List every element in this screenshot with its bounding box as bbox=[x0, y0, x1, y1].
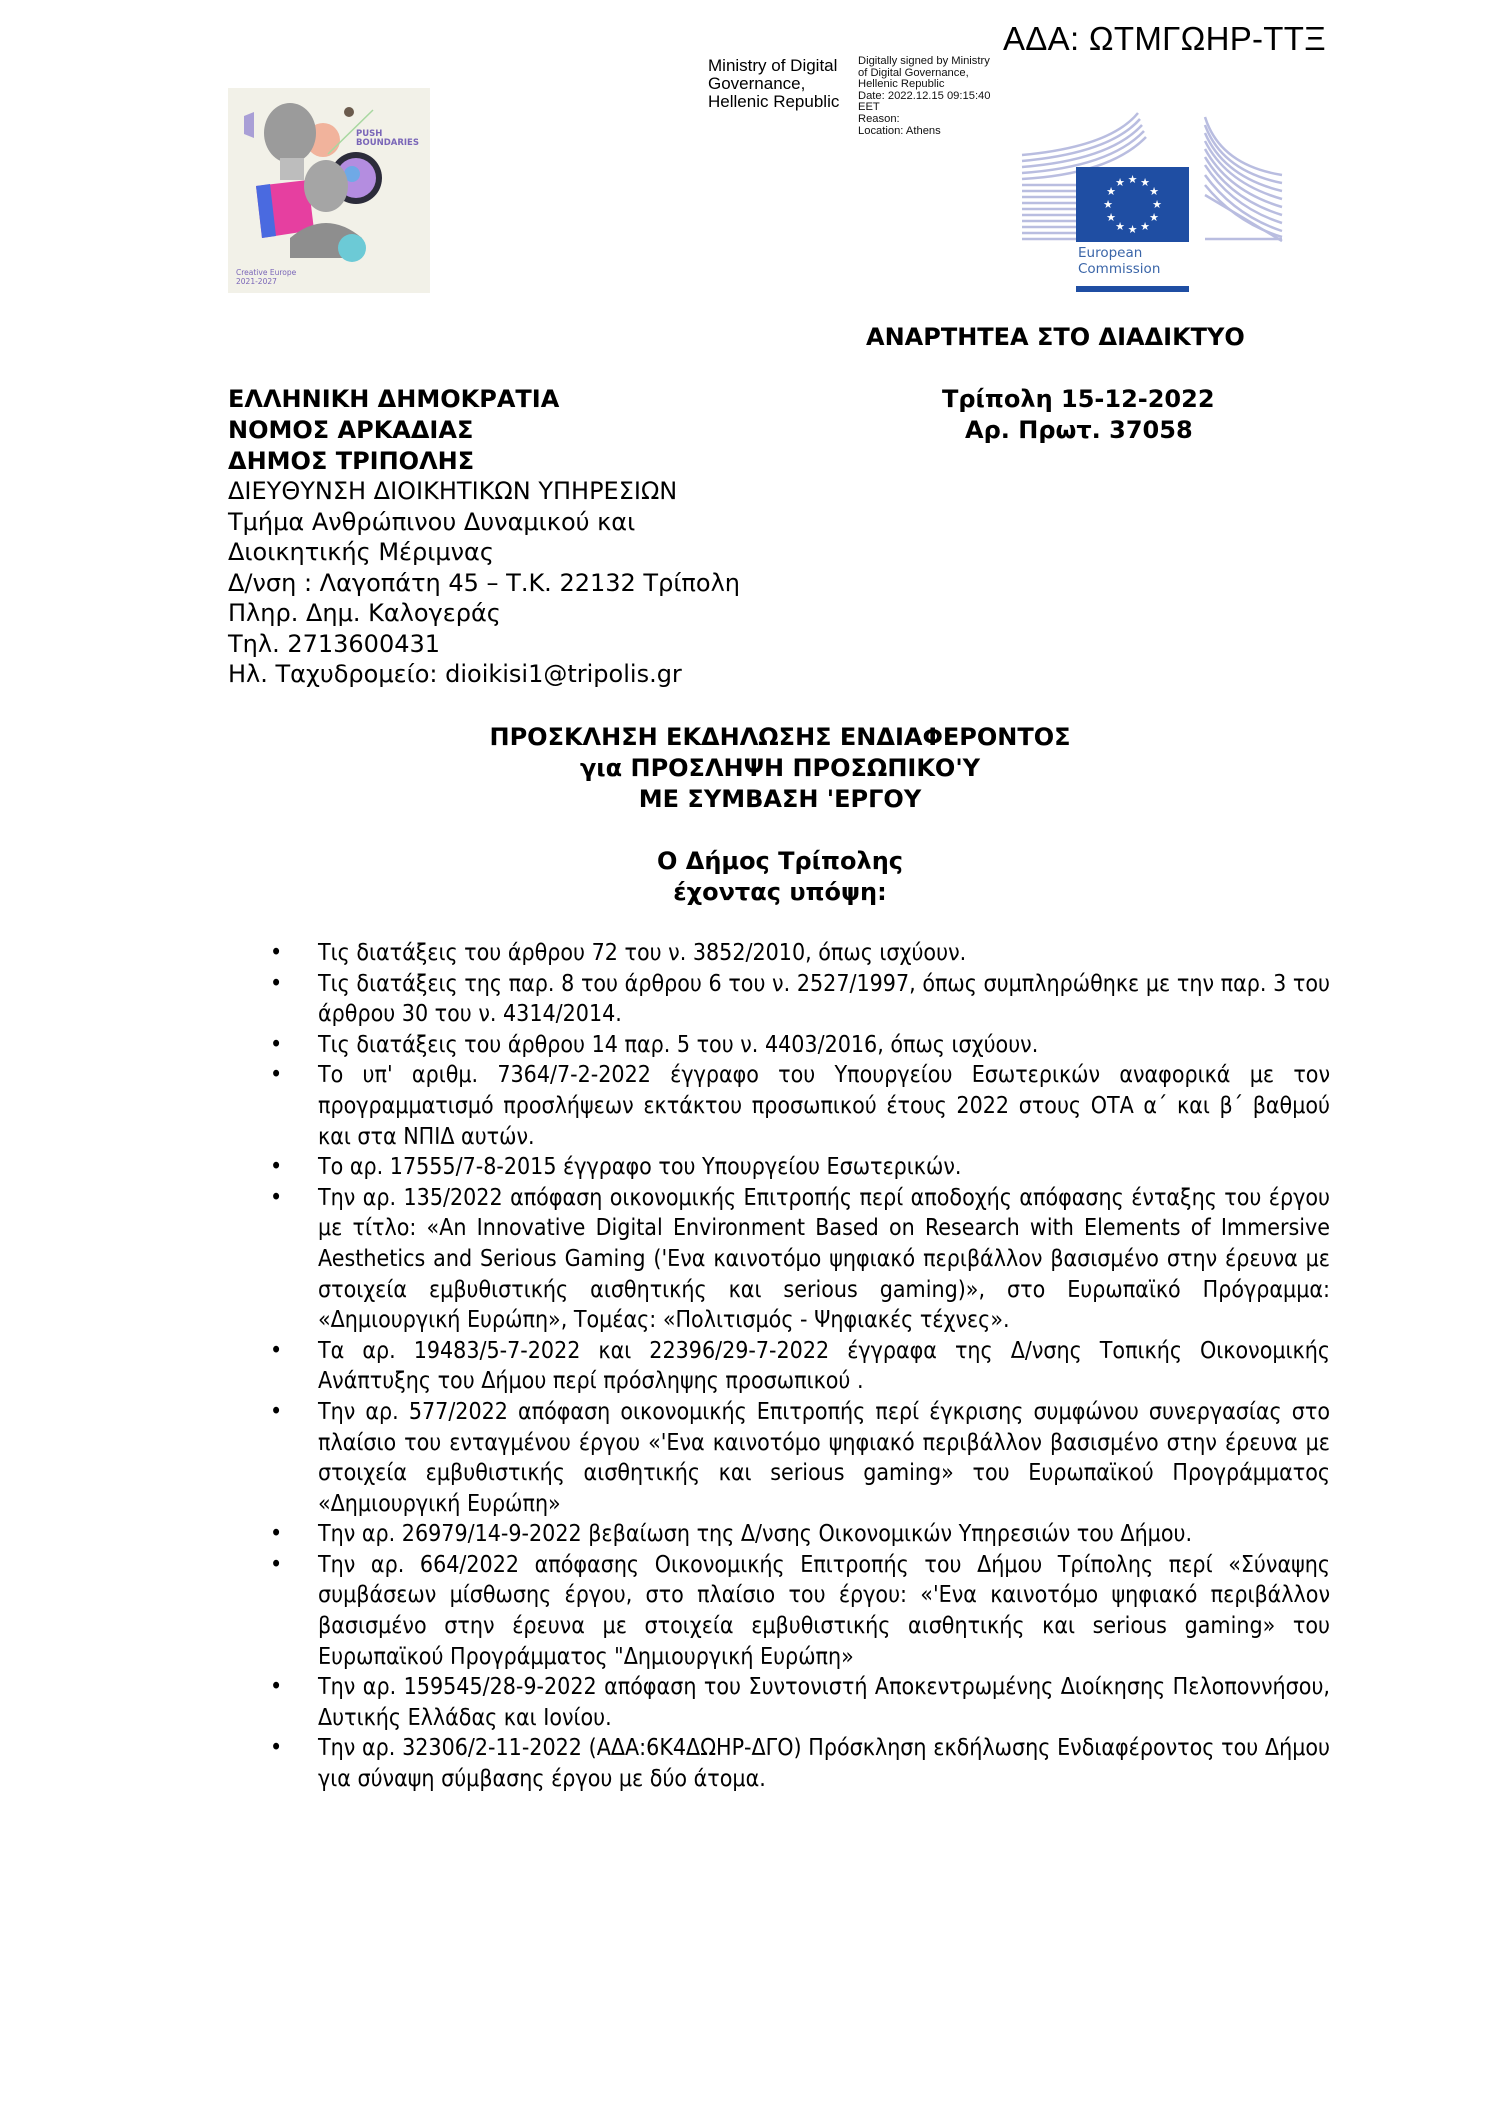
issuer-detail-line: Πληρ. Δημ. Καλογεράς bbox=[228, 598, 740, 629]
issuer-line: ΕΛΛΗΝΙΚΗ ΔΗΜΟΚΡΑΤΙΑ bbox=[228, 384, 559, 415]
signature-detail-line: Reason: bbox=[858, 114, 991, 126]
issuer-detail-line: Τμήμα Ανθρώπινου Δυναμικού και bbox=[228, 507, 740, 538]
issuer-detail-line: ΔΙΕΥΘΥΝΣΗ ΔΙΟΙΚΗΤΙΚΩΝ ΥΠΗΡΕΣΙΩΝ bbox=[228, 476, 740, 507]
list-item-text: Την αρ. 32306/2-11-2022 (ΑΔΑ:6Κ4ΔΩΗΡ-ΔΓΟ… bbox=[318, 1735, 1330, 1792]
list-item: •Την αρ. 664/2022 απόφασης Οικονομικής Ε… bbox=[260, 1550, 1330, 1672]
list-item-text: Το αρ. 17555/7-8-2015 έγγραφο του Υπουργ… bbox=[318, 1154, 961, 1180]
posting-note: ΑΝΑΡΤΗΤΕΑ ΣΤΟ ΔΙΑΔΙΚΤΥΟ bbox=[866, 322, 1245, 353]
list-item-text: Την αρ. 577/2022 απόφαση οικονομικής Επι… bbox=[318, 1399, 1330, 1517]
list-item: •Τις διατάξεις της παρ. 8 του άρθρου 6 τ… bbox=[260, 969, 1330, 1030]
signature-signer: Ministry of Digital Governance, Hellenic… bbox=[708, 57, 839, 111]
title-line: ΜΕ ΣΥΜΒΑΣΗ 'ΕΡΓΟΥ bbox=[0, 784, 1500, 815]
signer-line: Hellenic Republic bbox=[708, 93, 839, 111]
signature-detail-line: Location: Athens bbox=[858, 126, 991, 138]
creative-europe-logo: PUSH BOUNDARIES Creative Europe 2021-202… bbox=[228, 88, 430, 293]
list-item-text: Την αρ. 159545/28-9-2022 απόφαση του Συν… bbox=[318, 1674, 1330, 1731]
bullet-icon: • bbox=[270, 938, 282, 969]
issuer-detail-line: Διοικητικής Μέριμνας bbox=[228, 537, 740, 568]
considerations-list: •Τις διατάξεις του άρθρου 72 του ν. 3852… bbox=[260, 938, 1330, 1795]
bullet-icon: • bbox=[270, 1733, 282, 1764]
list-item: •Την αρ. 26979/14-9-2022 βεβαίωση της Δ/… bbox=[260, 1519, 1330, 1550]
subtitle-line: Ο Δήμος Τρίπολης bbox=[0, 846, 1500, 877]
list-item: •Το αρ. 17555/7-8-2015 έγγραφο του Υπουρ… bbox=[260, 1152, 1330, 1183]
bullet-icon: • bbox=[270, 1030, 282, 1061]
bullet-icon: • bbox=[270, 1397, 282, 1428]
list-item: •Τις διατάξεις του άρθρου 14 παρ. 5 του … bbox=[260, 1030, 1330, 1061]
svg-text:★: ★ bbox=[1152, 198, 1162, 211]
svg-text:★: ★ bbox=[1103, 198, 1113, 211]
list-item-text: Την αρ. 135/2022 απόφαση οικονομικής Επι… bbox=[318, 1185, 1330, 1333]
list-item: •Την αρ. 159545/28-9-2022 απόφαση του Συ… bbox=[260, 1672, 1330, 1733]
document-date: Τρίπολη 15-12-2022 bbox=[942, 384, 1215, 415]
bullet-icon: • bbox=[270, 1060, 282, 1091]
list-item: •Τα αρ. 19483/5-7-2022 και 22396/29-7-20… bbox=[260, 1336, 1330, 1397]
list-item: •Τις διατάξεις του άρθρου 72 του ν. 3852… bbox=[260, 938, 1330, 969]
svg-text:★: ★ bbox=[1106, 185, 1116, 198]
svg-text:★: ★ bbox=[1149, 211, 1159, 224]
svg-text:★: ★ bbox=[1128, 223, 1138, 236]
issuer-line: ΝΟΜΟΣ ΑΡΚΑΔΙΑΣ bbox=[228, 415, 559, 446]
european-commission-logo: ★ ★★ ★★ ★★ ★★ ★★ ★ European Commission bbox=[1010, 105, 1290, 295]
list-item-text: Το υπ' αριθμ. 7364/7-2-2022 έγγραφο του … bbox=[318, 1062, 1330, 1149]
issuer-detail-line: Δ/νση : Λαγοπάτη 45 – Τ.Κ. 22132 Τρίπολη bbox=[228, 568, 740, 599]
svg-text:★: ★ bbox=[1115, 220, 1125, 233]
slogan-line: BOUNDARIES bbox=[356, 139, 419, 148]
protocol-number: Αρ. Πρωτ. 37058 bbox=[965, 415, 1193, 446]
issuer-email-line: Ηλ. Ταχυδρομείο: dioikisi1@tripolis.gr bbox=[228, 659, 740, 690]
svg-text:★: ★ bbox=[1115, 176, 1125, 189]
list-item: •Την αρ. 32306/2-11-2022 (ΑΔΑ:6Κ4ΔΩΗΡ-ΔΓ… bbox=[260, 1733, 1330, 1794]
creative-europe-program: Creative Europe 2021-2027 bbox=[236, 268, 296, 286]
creative-europe-slogan: PUSH BOUNDARIES bbox=[356, 130, 419, 148]
bullet-icon: • bbox=[270, 1152, 282, 1183]
issuer-detail-line: Τηλ. 2713600431 bbox=[228, 629, 740, 660]
signature-detail-line: Digitally signed by Ministry bbox=[858, 56, 991, 68]
svg-text:★: ★ bbox=[1128, 173, 1138, 186]
list-item-text: Την αρ. 664/2022 απόφασης Οικονομικής Επ… bbox=[318, 1552, 1330, 1670]
issuer-details: ΔΙΕΥΘΥΝΣΗ ΔΙΟΙΚΗΤΙΚΩΝ ΥΠΗΡΕΣΙΩΝ Τμήμα Αν… bbox=[228, 476, 740, 690]
bullet-icon: • bbox=[270, 1672, 282, 1703]
issuer-line: ΔΗΜΟΣ ΤΡΙΠΟΛΗΣ bbox=[228, 446, 559, 477]
svg-text:★: ★ bbox=[1140, 220, 1150, 233]
bullet-icon: • bbox=[270, 1336, 282, 1367]
subtitle-line: έχοντας υπόψη: bbox=[0, 877, 1500, 908]
list-item: •Το υπ' αριθμ. 7364/7-2-2022 έγγραφο του… bbox=[260, 1060, 1330, 1152]
list-item-text: Τις διατάξεις της παρ. 8 του άρθρου 6 το… bbox=[318, 971, 1330, 1028]
bullet-icon: • bbox=[270, 1519, 282, 1550]
title-line: ΠΡΟΣΚΛΗΣΗ ΕΚΔΗΛΩΣΗΣ ΕΝΔΙΑΦΕΡΟΝΤΟΣ bbox=[0, 722, 1500, 753]
issuer-heading: ΕΛΛΗΝΙΚΗ ΔΗΜΟΚΡΑΤΙΑ ΝΟΜΟΣ ΑΡΚΑΔΙΑΣ ΔΗΜΟΣ… bbox=[228, 384, 559, 477]
list-item-text: Τις διατάξεις του άρθρου 14 παρ. 5 του ν… bbox=[318, 1032, 1038, 1058]
document-subtitle: Ο Δήμος Τρίπολης έχοντας υπόψη: bbox=[0, 846, 1500, 908]
bullet-icon: • bbox=[270, 1183, 282, 1214]
list-item: •Την αρ. 135/2022 απόφαση οικονομικής Επ… bbox=[260, 1183, 1330, 1336]
european-commission-name: European Commission bbox=[1078, 245, 1160, 277]
signer-line: Ministry of Digital bbox=[708, 57, 839, 75]
list-item-text: Τα αρ. 19483/5-7-2022 και 22396/29-7-202… bbox=[318, 1338, 1330, 1395]
document-title: ΠΡΟΣΚΛΗΣΗ ΕΚΔΗΛΩΣΗΣ ΕΝΔΙΑΦΕΡΟΝΤΟΣ για ΠΡ… bbox=[0, 722, 1500, 815]
list-item-text: Την αρ. 26979/14-9-2022 βεβαίωση της Δ/ν… bbox=[318, 1521, 1192, 1547]
bullet-icon: • bbox=[270, 969, 282, 1000]
bullet-icon: • bbox=[270, 1550, 282, 1581]
creative-europe-collage-icon bbox=[228, 88, 430, 293]
list-item-text: Τις διατάξεις του άρθρου 72 του ν. 3852/… bbox=[318, 940, 966, 966]
signature-details: Digitally signed by Ministry of Digital … bbox=[858, 56, 991, 137]
signer-line: Governance, bbox=[708, 75, 839, 93]
ada-code: ΑΔΑ: ΩΤΜΓΩΗΡ-ΤΤΞ bbox=[1003, 20, 1326, 58]
list-item: •Την αρ. 577/2022 απόφαση οικονομικής Επ… bbox=[260, 1397, 1330, 1519]
svg-text:★: ★ bbox=[1149, 185, 1159, 198]
title-line: για ΠΡΟΣΛΗΨΗ ΠΡΟΣΩΠΙΚΟ'Υ bbox=[0, 753, 1500, 784]
